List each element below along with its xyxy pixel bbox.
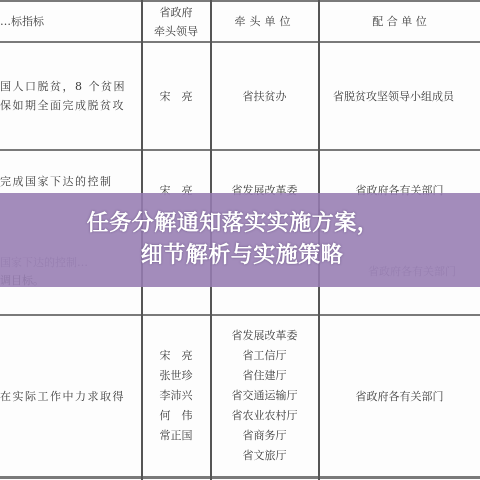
- row1-lead-unit-name: 省扶贫办: [243, 87, 287, 106]
- row1-leader: 宋 亮: [142, 43, 210, 149]
- row4-indicator: 在实际工作中力求取得: [0, 316, 141, 476]
- header-coop-unit: 配 合 单 位: [319, 2, 480, 41]
- header-indicator-label: …标指标: [0, 12, 44, 31]
- row2-indicator: 完成国家下达的控制: [0, 170, 141, 192]
- header-leader: 省政府 牵头领导: [142, 2, 210, 41]
- row1-indicator: 国人口脱贫，8 个贫困 保如期全面完成脱贫攻: [0, 43, 141, 149]
- row4-leader-4: 何 伟: [160, 406, 193, 426]
- row1-indicator-line1: 国人口脱贫，8 个贫困: [0, 77, 126, 96]
- row4-coop-unit: 省政府各有关部门: [319, 316, 480, 476]
- row1-coop-unit-name: 省脱贫攻坚领导小组成员: [333, 87, 454, 106]
- header-coop-unit-label: 配 合 单 位: [372, 12, 427, 31]
- header-leader-line2: 牵头领导: [154, 22, 198, 41]
- overlay-title-line1: 任务分解通知落实实施方案，: [87, 209, 380, 239]
- row1-bottom-border: [0, 149, 480, 151]
- table-bottom-border: [0, 476, 480, 479]
- row4-leader-1: 宋 亮: [160, 346, 193, 366]
- row4-coop-unit-name: 省政府各有关部门: [356, 387, 444, 406]
- row4-lead-unit: 省发展改革委 省工信厅 省住建厅 省交通运输厅 省农业农村厅 省商务厅 省文旅厅: [211, 316, 318, 476]
- row4-lead-unit-2: 省工信厅: [243, 346, 287, 366]
- row4-lead-unit-7: 省文旅厅: [243, 446, 287, 466]
- row4-leader: 宋 亮 张世珍 李沛兴 何 伟 常正国: [142, 316, 210, 476]
- row1-leader-name: 宋 亮: [160, 87, 193, 106]
- row4-leader-3: 李沛兴: [160, 386, 193, 406]
- row4-lead-unit-5: 省农业农村厅: [232, 406, 298, 426]
- row1-indicator-line2: 保如期全面完成脱贫攻: [0, 96, 126, 115]
- document-scan: …标指标 省政府 牵头领导 牵头单位 配 合 单 位 国人口脱贫，8 个贫困 保…: [0, 0, 480, 480]
- overlay-title-line2: 细节解析与实施策略: [141, 241, 344, 271]
- row4-lead-unit-3: 省住建厅: [243, 366, 287, 386]
- row1-coop-unit: 省脱贫攻坚领导小组成员: [319, 43, 480, 149]
- row4-lead-unit-4: 省交通运输厅: [232, 386, 298, 406]
- header-leader-line1: 省政府: [160, 3, 193, 22]
- row4-leader-2: 张世珍: [160, 366, 193, 386]
- header-lead-unit-label: 牵头单位: [235, 12, 295, 31]
- title-overlay-banner: 任务分解通知落实实施方案， 细节解析与实施策略: [0, 193, 480, 287]
- row4-lead-unit-1: 省发展改革委: [232, 326, 298, 346]
- row4-leader-5: 常正国: [160, 426, 193, 446]
- header-lead-unit: 牵头单位: [211, 2, 318, 41]
- row4-lead-unit-6: 省商务厅: [243, 426, 287, 446]
- header-indicator: …标指标: [0, 2, 141, 41]
- row4-indicator-line1: 在实际工作中力求取得: [0, 387, 125, 406]
- row1-lead-unit: 省扶贫办: [211, 43, 318, 149]
- row2-indicator-line1: 完成国家下达的控制: [0, 172, 113, 191]
